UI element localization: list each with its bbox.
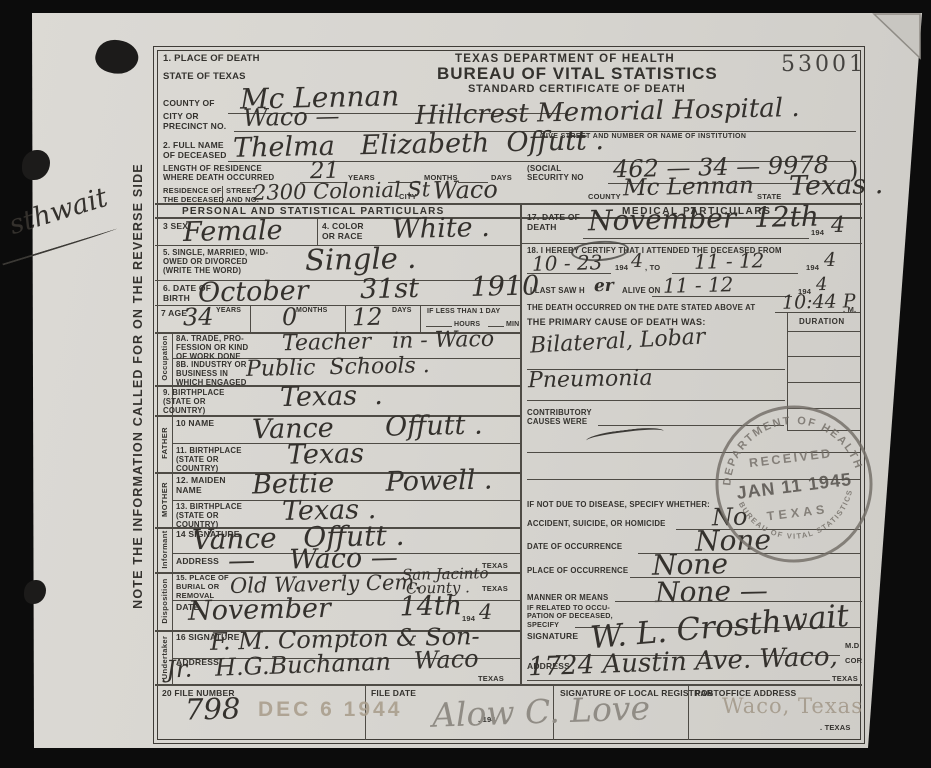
duration-line-2 <box>787 382 860 383</box>
age-days-value: 12 <box>352 305 383 330</box>
attended-to-year-hw: 4 <box>824 251 836 270</box>
age-years-value: 34 <box>183 305 214 330</box>
md-label: M.D <box>845 642 859 651</box>
last-saw-line <box>652 270 792 297</box>
manner-means-label: MANNER OR MEANS <box>527 593 608 602</box>
county-small-label: COUNTY <box>588 193 621 202</box>
residence-divider <box>222 186 223 203</box>
file-number-value: 798 <box>185 694 241 724</box>
physician-address-state: TEXAS <box>832 675 858 684</box>
death-occurred-line <box>775 286 852 313</box>
trade-value: Teacher in - Waco <box>282 329 495 355</box>
birthplace-label: 9. BIRTHPLACE (STATE OR COUNTRY) <box>163 388 225 416</box>
file-date-label: FILE DATE <box>371 688 416 698</box>
state-of-label: STATE OF TEXAS <box>163 71 246 82</box>
attended-to-year-printed: 194 <box>806 264 819 273</box>
dod-year-hw: 4 <box>831 215 845 237</box>
last-saw-her-hw: er <box>594 278 614 295</box>
dod-line <box>583 212 809 239</box>
informant-side-label: Informant <box>160 528 169 571</box>
if-less-label: IF LESS THAN 1 DAY <box>427 308 500 316</box>
place-occurrence-label: PLACE OF OCCURRENCE <box>527 566 628 575</box>
street-line <box>246 176 394 204</box>
age-years-label: YEARS <box>216 307 241 315</box>
side-label-cell-divider <box>172 332 173 685</box>
color-race-label: 4. COLOR OR RACE <box>322 221 364 241</box>
father-birthplace-value: Texas <box>287 440 365 469</box>
min-line <box>488 318 504 327</box>
contributory-label: CONTRIBUTORY CAUSES WERE <box>527 408 592 426</box>
father-birthplace-label: 11. BIRTHPLACE (STATE OR COUNTRY) <box>176 446 242 474</box>
hours-line <box>426 318 452 327</box>
duration-label: DURATION <box>799 317 845 326</box>
informant-address-label: ADDRESS <box>176 556 219 566</box>
industry-value: Public Schools . <box>246 355 430 381</box>
birthplace-value: Texas . <box>280 382 383 411</box>
city-small-label: CITY <box>399 193 417 202</box>
received-stamp: DEPARTMENT OF HEALTH RECEIVED JAN 11 194… <box>700 390 887 577</box>
duration-box-headline <box>787 331 860 332</box>
med-row-line-243 <box>522 243 862 244</box>
father-name-label: 10 NAME <box>176 418 214 428</box>
min-label: MIN <box>506 321 519 329</box>
disposition-side-label: Disposition <box>160 573 169 629</box>
cor-label: COR <box>845 657 862 666</box>
death-occurred-label: THE DEATH OCCURRED ON THE DATE STATED AB… <box>527 303 755 312</box>
postoffice-stamp: Waco, Texas <box>722 694 863 718</box>
registrar-signature: Alow C. Love <box>431 688 650 735</box>
duration-line-1 <box>787 356 860 357</box>
stamp-texas-line: TEXAS <box>766 502 829 523</box>
stamp-received-line: RECEIVED <box>748 446 833 470</box>
reverse-side-note: NOTE THE INFORMATION CALLED FOR ON THE R… <box>131 150 145 622</box>
color-race-value: White . <box>392 214 490 243</box>
city-small-line <box>425 176 583 204</box>
physician-address-line <box>527 654 830 681</box>
trade-label: 8A. TRADE, PRO- FESSION OR KIND OF WORK … <box>176 334 248 362</box>
marital-label: 5. SINGLE, MARRIED, WID- OWED OR DIVORCE… <box>163 248 268 276</box>
file-date-stamp: DEC 6 1944 <box>258 698 402 722</box>
burial-year-hw: 4 <box>479 602 493 623</box>
last-saw-label: I LAST SAW H <box>530 286 585 295</box>
stamp-date-line: JAN 11 1945 <box>735 469 853 503</box>
attended-from-year-printed: 194 <box>615 264 628 273</box>
footer-top-line <box>155 684 862 686</box>
postoffice-printed: . TEXAS <box>820 724 851 733</box>
manner-means-line <box>615 574 862 602</box>
county-of-label: COUNTY OF <box>163 98 215 108</box>
age-div-1 <box>250 305 251 332</box>
county-small-line <box>620 176 754 204</box>
burial-state: TEXAS <box>482 585 508 594</box>
age-months-value: 0 <box>282 305 298 329</box>
sex-value: Female <box>183 217 283 246</box>
age-div-2 <box>345 305 346 332</box>
fullname-label: 2. FULL NAME OF DECEASED <box>163 140 227 160</box>
folded-corner <box>872 13 922 61</box>
maiden-name-label: 12. MAIDEN NAME <box>176 475 226 495</box>
occupation-side-label: Occupation <box>160 332 169 384</box>
undertaker-address-state: TEXAS <box>478 675 504 684</box>
father-name-value: Vance Offutt . <box>252 412 483 444</box>
attended-from-year-hw: 4 <box>631 252 643 271</box>
date-of-death-label: 17. DATE OF DEATH <box>527 212 580 232</box>
cause-line2-rule <box>527 374 785 401</box>
bureau-line: BUREAU OF VITAL STATISTICS <box>437 64 718 84</box>
age-days-label: DAYS <box>392 307 412 315</box>
father-side-label: FATHER <box>160 416 169 470</box>
attended-from-line <box>527 247 611 274</box>
mother-side-label: MOTHER <box>160 473 169 526</box>
city-precinct-label: CITY OR PRECINCT NO. <box>163 111 226 131</box>
place-of-death-label: 1. PLACE OF DEATH <box>163 53 260 64</box>
duration-box-top <box>787 312 860 313</box>
date-occurrence-label: DATE OF OCCURRENCE <box>527 542 622 551</box>
sex-color-divider <box>317 217 318 245</box>
death-occurred-suffix: . M. <box>843 306 856 315</box>
burial-date-value: November 14th <box>188 592 463 625</box>
age-months-label: MONTHS <box>296 307 328 315</box>
certificate-number: 53001 <box>781 52 866 77</box>
birthdate-value: October 31st 1910 <box>198 272 540 306</box>
scanned-death-certificate: sthwait NOTE THE INFORMATION CALLED FOR … <box>0 0 931 768</box>
cause-line1-rule <box>527 343 785 370</box>
dod-year-printed: 194 <box>811 229 824 238</box>
marital-value: Single . <box>305 244 417 275</box>
industry-label: 8B. INDUSTRY OR BUSINESS IN WHICH ENGAGE… <box>176 360 247 388</box>
